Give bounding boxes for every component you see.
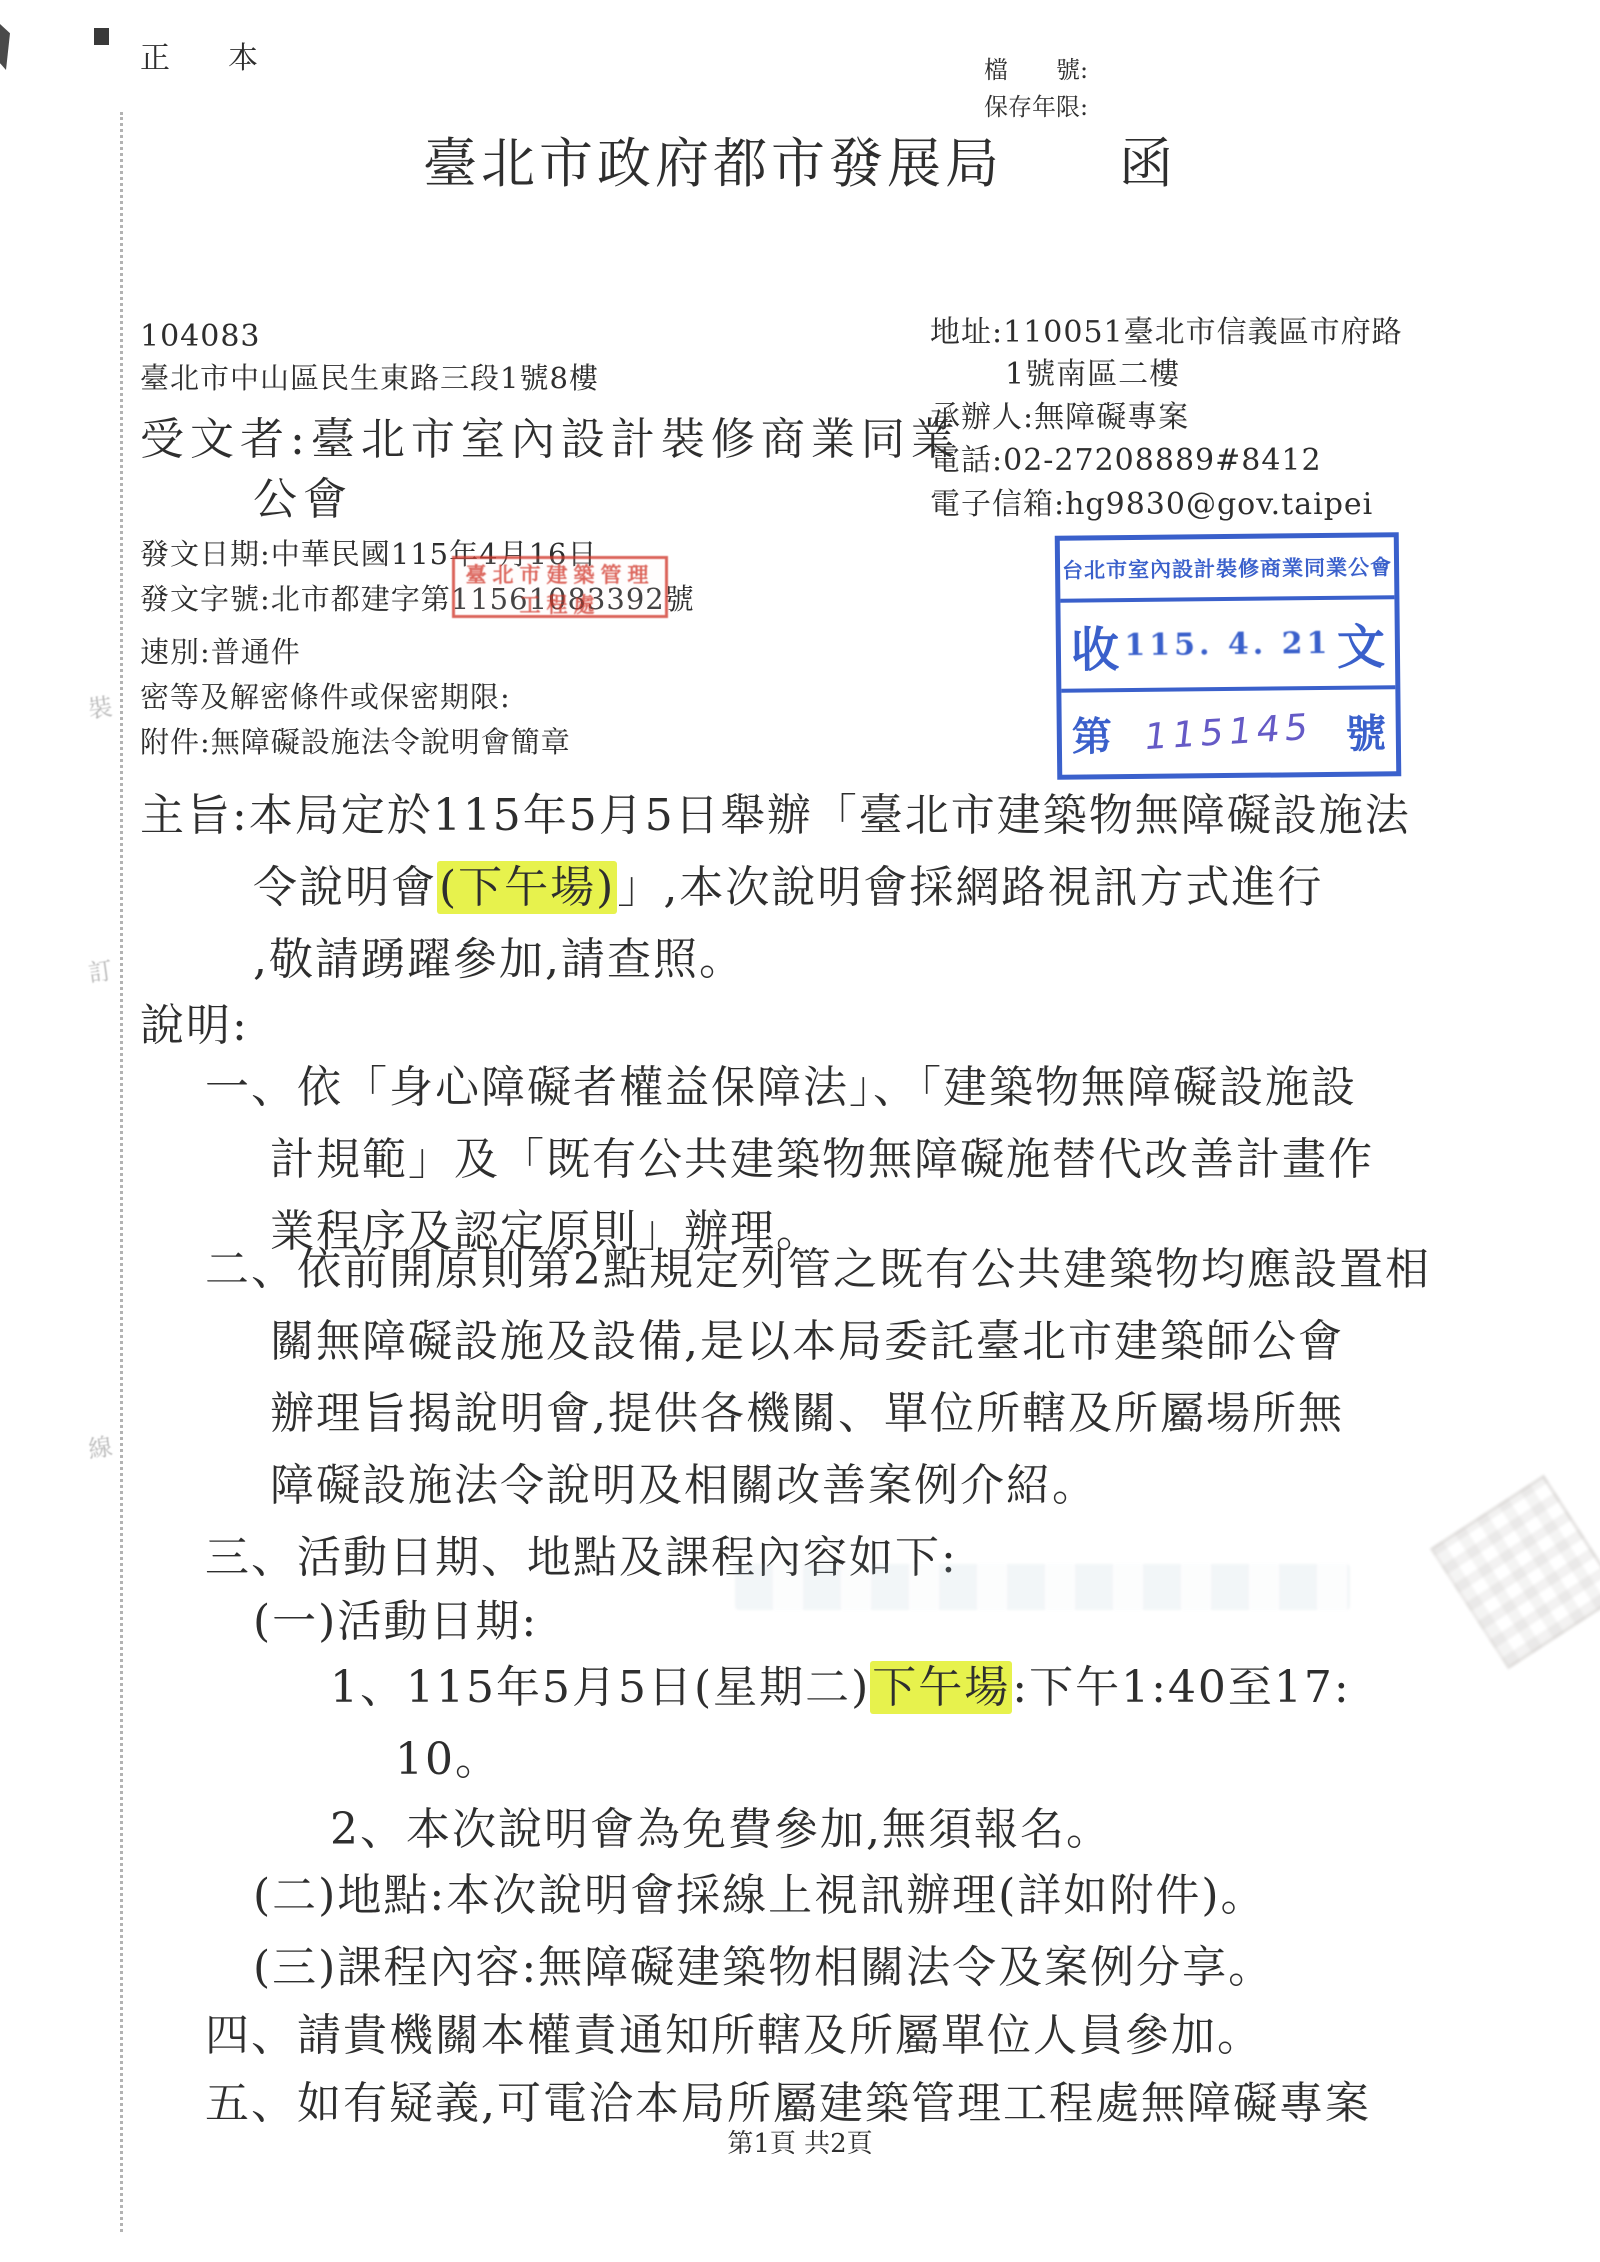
doc-code: 104083 xyxy=(140,318,261,356)
binding-mark-zhuang: 裝 xyxy=(86,687,115,725)
course-line: (三)課程內容:無障礙建築物相關法令及案例分享。 xyxy=(253,1940,1274,1995)
faint-seal-stamp xyxy=(1430,1475,1600,1670)
subject-line-2-post: 」,本次說明會採網路視訊方式進行 xyxy=(617,862,1323,913)
subject-line-1: 主旨:本局定於115年5月5日舉辦「臺北市建築物無障礙設施法 xyxy=(140,788,1411,843)
recipient-line-2: 公會 xyxy=(253,472,353,527)
location-line: (二)地點:本次說明會採線上視訊辦理(詳如附件)。 xyxy=(253,1868,1267,1923)
activity-date-heading: (一)活動日期: xyxy=(253,1594,538,1649)
retention-label: 保存年限: xyxy=(984,92,1088,122)
subject-line-2: 令說明會(下午場)」,本次說明會採網路視訊方式進行 xyxy=(253,860,1323,915)
subject-line-2-pre: 令說明會 xyxy=(253,862,437,913)
item-5-line: 五、如有疑義,可電洽本局所屬建築管理工程處無障礙專案 xyxy=(205,2076,1371,2131)
document-title: 臺北市政府都市發展局 函 xyxy=(423,130,1177,198)
item-1-line-1: 一、依「身心障礙者權益保障法」、「建築物無障礙設施設 xyxy=(205,1060,1357,1115)
scan-speck xyxy=(94,28,109,45)
stamp-number-suffix: 號 xyxy=(1345,702,1386,759)
security-line: 密等及解密條件或保密期限: xyxy=(140,679,511,715)
copy-label: 正 本 xyxy=(140,40,272,78)
contact-address-line-2: 1號南區二樓 xyxy=(1005,356,1180,394)
item-2-line-2: 關無障礙設施及設備,是以本局委託臺北市建築師公會 xyxy=(270,1314,1344,1369)
item-2-line-3: 辦理旨揭說明會,提供各機關、單位所轄及所屬場所無 xyxy=(270,1386,1344,1441)
schedule-continuation: 10。 xyxy=(395,1732,501,1787)
stamp-number-prefix: 第 xyxy=(1072,705,1113,762)
contact-handler-line: 承辦人:無障礙專案 xyxy=(930,399,1189,437)
binding-mark-ding: 訂 xyxy=(86,951,115,989)
stamp-handwritten-number: 115145 xyxy=(1142,706,1315,758)
red-seal-stamp: 臺北市建築管理 工程處 xyxy=(452,556,668,618)
stamp-receive-char: 收 xyxy=(1071,611,1120,680)
red-seal-row-1: 臺北市建築管理 xyxy=(466,559,655,589)
speed-line: 速別:普通件 xyxy=(140,634,301,670)
item-4-line: 四、請貴機關本權責通知所轄及所屬單位人員參加。 xyxy=(205,2008,1263,2063)
subject-highlight: (下午場) xyxy=(437,861,617,914)
schedule-pre: 1、115年5月5日(星期二) xyxy=(330,1662,870,1713)
attachment-line: 附件:無障礙設施法令說明會簡章 xyxy=(140,724,571,760)
red-seal-row-2: 工程處 xyxy=(520,589,601,618)
binding-mark-xian: 線 xyxy=(86,1427,115,1465)
recipient-line-1: 受文者:臺北市室內設計裝修商業同業 xyxy=(140,412,961,467)
contact-email-line: 電子信箱:hg9830@gov.taipei xyxy=(930,486,1373,524)
stamp-doc-char: 文 xyxy=(1336,608,1385,677)
stamp-date: 115. 4. 21 xyxy=(1124,625,1331,662)
received-stamp: 台北市室內設計裝修商業同業公會 收 115. 4. 21 文 第 115145 … xyxy=(1055,532,1402,780)
scan-speck-corner xyxy=(0,24,10,70)
page-footer: 第1頁 共2頁 xyxy=(727,2128,872,2161)
stamp-org-row: 台北市室內設計裝修商業同業公會 xyxy=(1060,537,1395,602)
item-1-line-2: 計規範」及「既有公共建築物無障礙施替代改善計畫作 xyxy=(270,1132,1374,1187)
schedule-line: 1、115年5月5日(星期二)下午場:下午1:40至17: xyxy=(330,1660,1351,1715)
subject-line-3: ,敬請踴躍參加,請查照。 xyxy=(253,932,745,987)
contact-address-line-1: 地址:110051臺北市信義區市府路 xyxy=(930,314,1403,352)
item-2-line-1: 二、依前開原則第2點規定列管之既有公共建築物均應設置相 xyxy=(205,1242,1431,1297)
item-2-line-4: 障礙設施法令說明及相關改善案例介紹。 xyxy=(270,1458,1098,1513)
margin-dotted-line xyxy=(120,112,123,2232)
fee-line: 2、本次說明會為免費參加,無須報名。 xyxy=(330,1802,1112,1857)
schedule-post: :下午1:40至17: xyxy=(1012,1662,1350,1713)
contact-phone-line: 電話:02-27208889#8412 xyxy=(930,442,1322,480)
sender-address: 臺北市中山區民生東路三段1號8樓 xyxy=(140,360,599,396)
erased-text-artifact xyxy=(735,1564,1350,1610)
scanned-official-letter: 裝 訂 線 正 本 檔 號: 保存年限: 臺北市政府都市發展局 函 104083… xyxy=(0,0,1600,2262)
explanation-label: 說明: xyxy=(140,998,249,1053)
file-number-label: 檔 號: xyxy=(984,55,1088,85)
schedule-highlight: 下午場 xyxy=(870,1661,1012,1714)
